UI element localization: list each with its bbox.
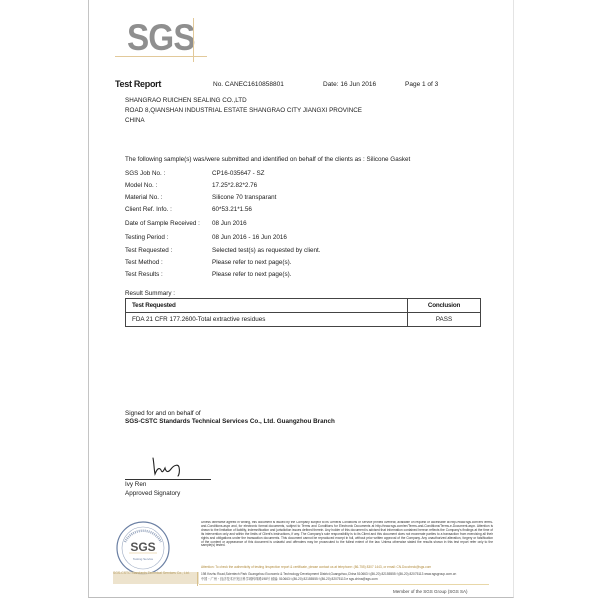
page-indicator: Page 1 of 3 bbox=[405, 81, 438, 88]
document-page: SGS Test Report No. CANEC1610858801 Date… bbox=[88, 0, 514, 598]
field-value: Selected test(s) as requested by client. bbox=[212, 247, 321, 254]
field-label: Test Method : bbox=[125, 259, 163, 266]
field-label: Material No. : bbox=[125, 194, 162, 201]
report-number: No. CANEC1610858801 bbox=[213, 81, 284, 88]
signed-block: Signed for and on behalf of SGS-CSTC Sta… bbox=[125, 410, 335, 426]
sgs-group-member: Member of the SGS Group (SGS SA) bbox=[393, 589, 468, 594]
sgs-seal-icon: SGS Testing Service bbox=[115, 520, 171, 576]
report-date: Date: 16 Jun 2016 bbox=[323, 81, 376, 88]
field-value: 17.25*2.82*2.76 bbox=[212, 182, 257, 189]
field-value: 60*53.21*1.56 bbox=[212, 206, 252, 213]
field-label: Testing Period : bbox=[125, 234, 168, 241]
client-name: SHANGRAO RUICHEN SEALING CO.,LTD bbox=[125, 97, 247, 104]
report-title: Test Report bbox=[115, 79, 161, 89]
field-value: Please refer to next page(s). bbox=[212, 259, 291, 266]
signature-line bbox=[125, 479, 211, 480]
seal-caption: SGS-CSTC Standards Technical Services Co… bbox=[113, 571, 190, 575]
header-test-requested: Test Requested bbox=[126, 299, 408, 313]
field-value: Please refer to next page(s). bbox=[212, 271, 291, 278]
result-summary-table: Test Requested Conclusion FDA 21 CFR 177… bbox=[125, 298, 481, 327]
sample-intro: The following sample(s) was/were submitt… bbox=[125, 156, 410, 163]
cell-conclusion: PASS bbox=[408, 313, 481, 327]
signer-name: Ivy Ren bbox=[125, 481, 146, 488]
client-country: CHINA bbox=[125, 117, 145, 124]
footer-rule-vertical bbox=[197, 572, 198, 586]
field-label: SGS Job No. : bbox=[125, 170, 165, 177]
field-label: Date of Sample Received : bbox=[125, 220, 200, 227]
logo-rule-vertical bbox=[193, 18, 194, 62]
field-label: Model No. : bbox=[125, 182, 157, 189]
authenticity-notice: Attention: To check the authenticity of … bbox=[201, 565, 431, 569]
signed-line: Signed for and on behalf of bbox=[125, 410, 335, 418]
field-value: 08 Jun 2016 - 16 Jun 2016 bbox=[212, 234, 287, 241]
header-conclusion: Conclusion bbox=[408, 299, 481, 313]
svg-text:Testing Service: Testing Service bbox=[133, 557, 154, 561]
client-address: ROAD 8,QIANSHAN INDUSTRIAL ESTATE SHANGR… bbox=[125, 107, 362, 114]
table-header-row: Test Requested Conclusion bbox=[126, 299, 481, 313]
cell-test: FDA 21 CFR 177.2600-Total extractive res… bbox=[126, 313, 408, 327]
office-address-cn: 中国・广州・经济技术开发区科学城科珠路198号 邮编: 510663 t (86… bbox=[201, 577, 456, 582]
field-value: 08 Jun 2016 bbox=[212, 220, 247, 227]
field-label: Test Requested : bbox=[125, 247, 172, 254]
field-value: CP16-035647 - SZ bbox=[212, 170, 265, 177]
terms-fine-print: Unless otherwise agreed in writing, this… bbox=[201, 521, 493, 564]
signer-title: Approved Signatory bbox=[125, 490, 180, 497]
svg-text:SGS: SGS bbox=[130, 540, 155, 554]
field-value: Silicone 70 transparant bbox=[212, 194, 276, 201]
office-address: 198 Kezhu Road,Scientech Park Guangzhou … bbox=[201, 572, 456, 582]
signing-company: SGS-CSTC Standards Technical Services Co… bbox=[125, 418, 335, 426]
footer-rule-horizontal bbox=[199, 584, 489, 585]
sgs-logo: SGS bbox=[127, 18, 195, 58]
table-row: FDA 21 CFR 177.2600-Total extractive res… bbox=[126, 313, 481, 327]
field-label: Test Results : bbox=[125, 271, 163, 278]
field-label: Client Ref. Info. : bbox=[125, 206, 172, 213]
signature-icon bbox=[149, 455, 189, 477]
result-summary-label: Result Summary : bbox=[125, 290, 175, 297]
